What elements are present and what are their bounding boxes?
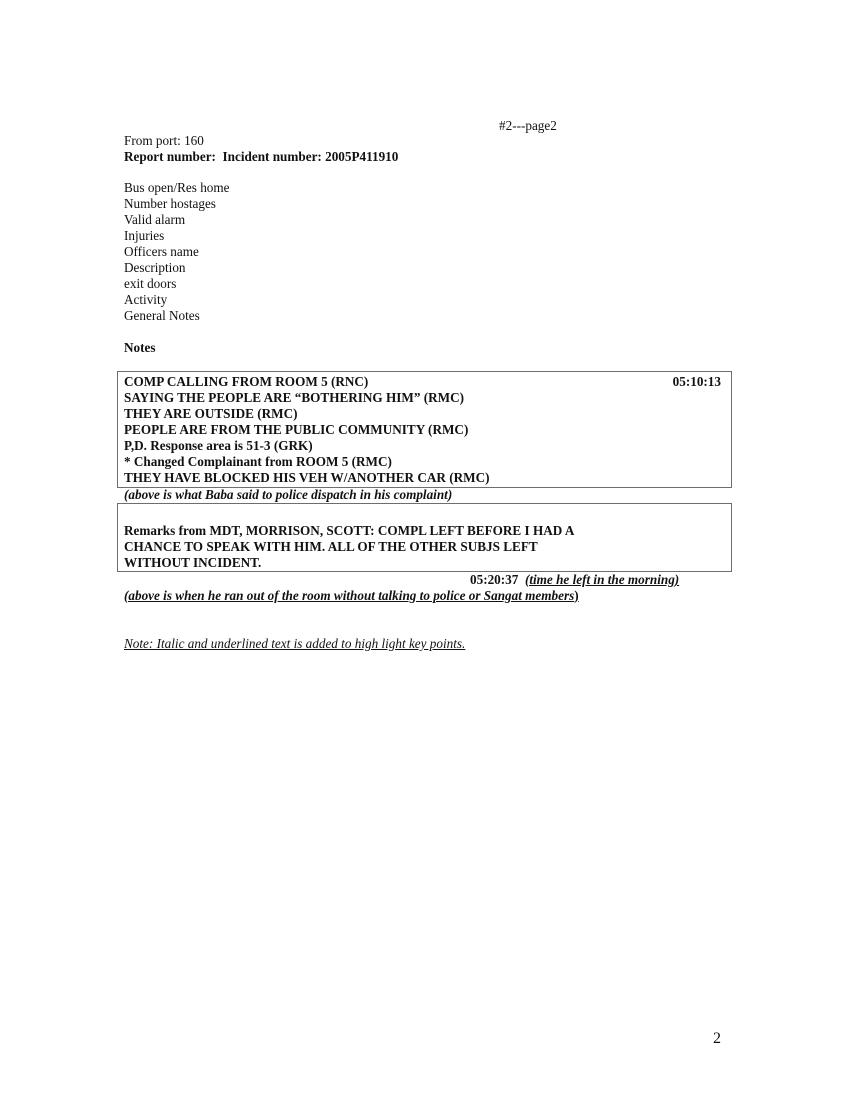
field-description: Description [124,260,230,276]
report-number-label: Report number: [124,149,216,164]
dispatch-line: P,D. Response area is 51-3 (GRK) [124,438,731,454]
departure-time: 05:20:37 [470,572,518,587]
field-general-notes: General Notes [124,308,230,324]
field-number-hostages: Number hostages [124,196,230,212]
dispatch-line: COMP CALLING FROM ROOM 5 (RNC) [124,374,731,390]
dispatch-line: SAYING THE PEOPLE ARE “BOTHERING HIM” (R… [124,390,731,406]
departure-time-note: (time he left in the morning) [525,572,679,587]
dispatch-line: PEOPLE ARE FROM THE PUBLIC COMMUNITY (RM… [124,422,731,438]
remarks-box: Remarks from MDT, MORRISON, SCOTT: COMPL… [117,503,732,572]
dispatch-caption: (above is what Baba said to police dispa… [124,487,452,503]
remarks-line: CHANCE TO SPEAK WITH HIM. ALL OF THE OTH… [124,539,731,555]
remarks-line: Remarks from MDT, MORRISON, SCOTT: COMPL… [124,523,731,539]
report-number-line: Report number: Incident number: 2005P411… [124,149,398,165]
remarks-caption-line: (above is when he ran out of the room wi… [124,588,579,604]
remarks-caption-close: ) [574,588,578,603]
page-number: 2 [713,1031,721,1047]
remarks-line: WITHOUT INCIDENT. [124,555,731,571]
dispatch-line: * Changed Complainant from ROOM 5 (RMC) [124,454,731,470]
highlight-footnote: Note: Italic and underlined text is adde… [124,636,465,652]
dispatch-line: THEY ARE OUTSIDE (RMC) [124,406,731,422]
field-exit-doors: exit doors [124,276,230,292]
incident-number: Incident number: 2005P411910 [223,149,399,164]
departure-time-line: 05:20:37 (time he left in the morning) [470,572,679,588]
field-list: Bus open/Res home Number hostages Valid … [124,180,230,324]
from-port: From port: 160 [124,133,204,149]
remarks-caption: (above is when he ran out of the room wi… [124,588,574,603]
field-officers-name: Officers name [124,244,230,260]
page-label: #2---page2 [499,118,557,134]
field-injuries: Injuries [124,228,230,244]
field-valid-alarm: Valid alarm [124,212,230,228]
field-activity: Activity [124,292,230,308]
notes-heading: Notes [124,340,156,356]
dispatch-line: THEY HAVE BLOCKED HIS VEH W/ANOTHER CAR … [124,470,731,486]
dispatch-time: 05:10:13 [673,374,721,390]
dispatch-log-box: COMP CALLING FROM ROOM 5 (RNC) SAYING TH… [117,371,732,488]
field-bus-open: Bus open/Res home [124,180,230,196]
